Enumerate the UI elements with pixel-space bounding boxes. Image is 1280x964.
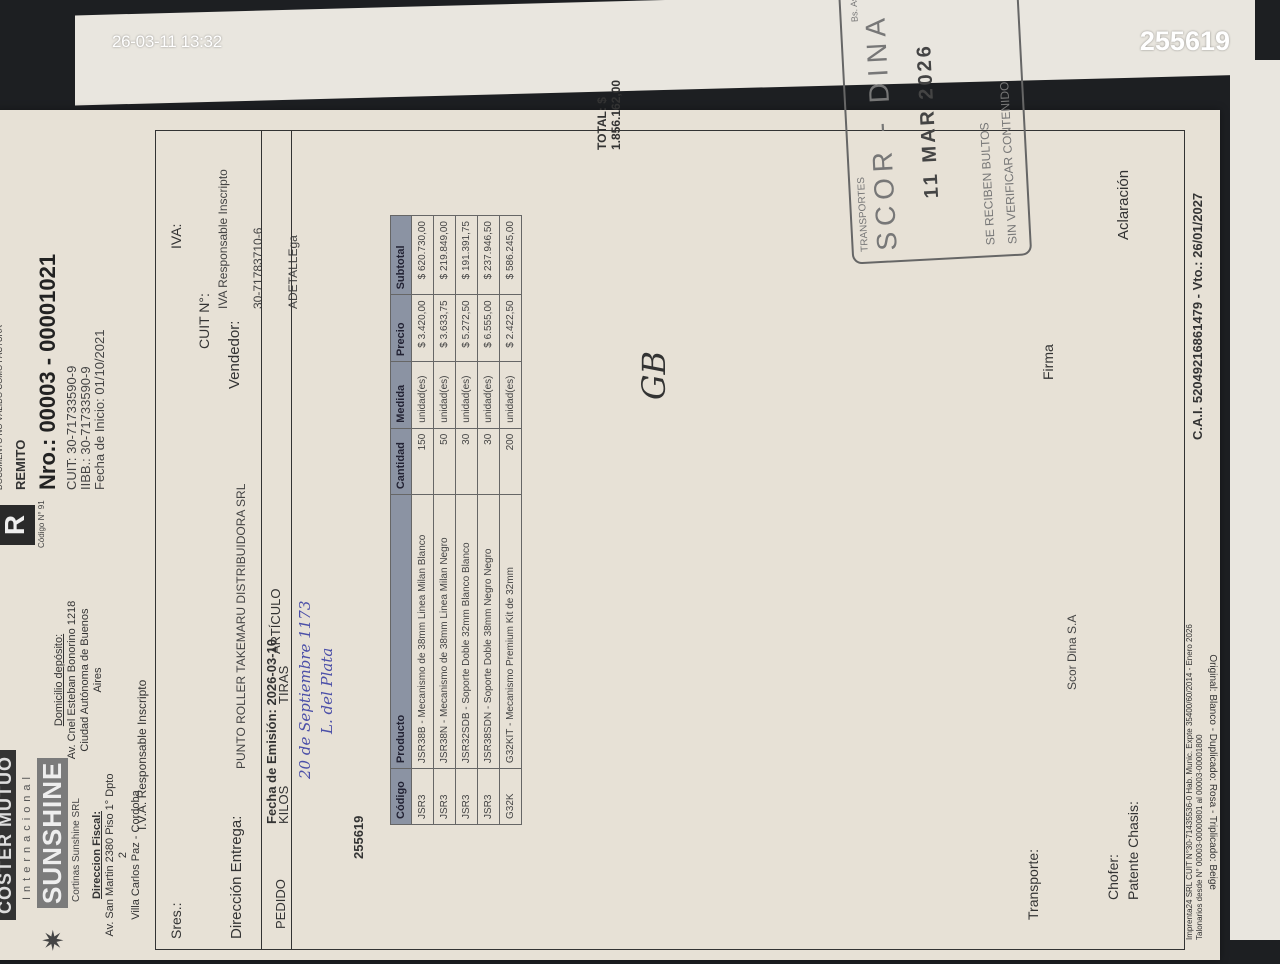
col-articulo: ARTÍCULO	[268, 589, 283, 655]
doc-type: REMITO	[13, 440, 28, 490]
th-medida: Medida	[391, 362, 412, 429]
copies-legend: Original: Blanco - Duplicado: Rosa - Tri…	[0, 654, 1218, 890]
stamp-line-3: Bs. As.	[848, 0, 859, 22]
sres-label: Sres.:	[168, 902, 184, 939]
not-valid-notice: DOCUMENTO NO VÁLIDO COMO FACTURA	[0, 325, 4, 490]
iva-value: IVA Responsable Inscripto	[216, 169, 230, 309]
document-letter: R	[0, 505, 35, 545]
document-photo: COSTER MUTUO Internacional ✷ SUNSHINE Co…	[0, 80, 1240, 960]
th-cantidad: Cantidad	[391, 428, 412, 494]
cuit-value: 30-71783710-6	[251, 228, 265, 309]
cell-qty: 50	[434, 428, 456, 494]
total-amount: TOTAL: $ 1.856.162,00	[595, 80, 623, 150]
th-precio: Precio	[391, 295, 412, 362]
letter-code: Código N° 91	[37, 500, 46, 548]
cell-unit: unidad(es)	[456, 362, 478, 429]
cell-price: $ 3.420,00	[412, 295, 434, 362]
remito-document: COSTER MUTUO Internacional ✷ SUNSHINE Co…	[0, 110, 1220, 960]
cell-subtotal: $ 219.849,00	[434, 216, 456, 295]
cell-qty: 200	[500, 428, 522, 494]
cell-subtotal: $ 586.245,00	[500, 216, 522, 295]
iva-label: IVA:	[168, 224, 184, 249]
cell-unit: unidad(es)	[500, 362, 522, 429]
aclaracion-label: Aclaración	[1115, 170, 1132, 240]
cell-price: $ 3.633,75	[434, 295, 456, 362]
cell-qty: 150	[412, 428, 434, 494]
cell-unit: unidad(es)	[434, 362, 456, 429]
cell-price: $ 5.272,50	[456, 295, 478, 362]
stamp-line-4: SE RECIBEN BULTOS	[977, 122, 997, 246]
sun-logo-icon: ✷	[37, 929, 70, 952]
cell-qty: 30	[456, 428, 478, 494]
transport-stamp: TRANSPORTES SCOR - DINA Bs. As. 11 MAR 2…	[838, 0, 1032, 265]
cell-subtotal: $ 191.391,75	[456, 216, 478, 295]
doc-number: Nro.: 00003 - 00001021	[35, 254, 61, 490]
cell-unit: unidad(es)	[478, 362, 500, 429]
photo-document-id: 255619	[1140, 26, 1230, 57]
vendor-label: Vendedor:	[226, 321, 243, 389]
cell-price: $ 2.422,50	[500, 295, 522, 362]
cell-subtotal: $ 620.730,00	[412, 216, 434, 295]
issuer-iibb: IIBB.: 30-71733590-9	[79, 330, 93, 490]
cell-unit: unidad(es)	[412, 362, 434, 429]
firma-label: Firma	[1040, 344, 1056, 380]
issuer-start-date: Fecha de Inicio: 01/10/2021	[93, 330, 107, 490]
cell-price: $ 6.555,00	[478, 295, 500, 362]
stamp-line-5: SIN VERIFICAR CONTENIDO	[997, 81, 1019, 244]
issuer-cuit: CUIT: 30-71733590-9	[65, 330, 79, 490]
vendor-value: ADETALLEga	[286, 235, 300, 309]
th-subtotal: Subtotal	[391, 216, 412, 295]
cai-number: C.A.I. 52049216861479 - Vto.: 26/01/2027	[1190, 193, 1205, 440]
stamp-date: 11 MAR 2026	[913, 43, 944, 199]
handwritten-initials: GB	[635, 351, 673, 400]
photo-timestamp: 26-03-11 13:32	[112, 32, 222, 52]
cell-qty: 30	[478, 428, 500, 494]
cell-subtotal: $ 237.946,50	[478, 216, 500, 295]
issuer-tax-info: CUIT: 30-71733590-9 IIBB.: 30-71733590-9…	[65, 330, 107, 490]
cuit-label: CUIT N°:	[196, 293, 212, 349]
